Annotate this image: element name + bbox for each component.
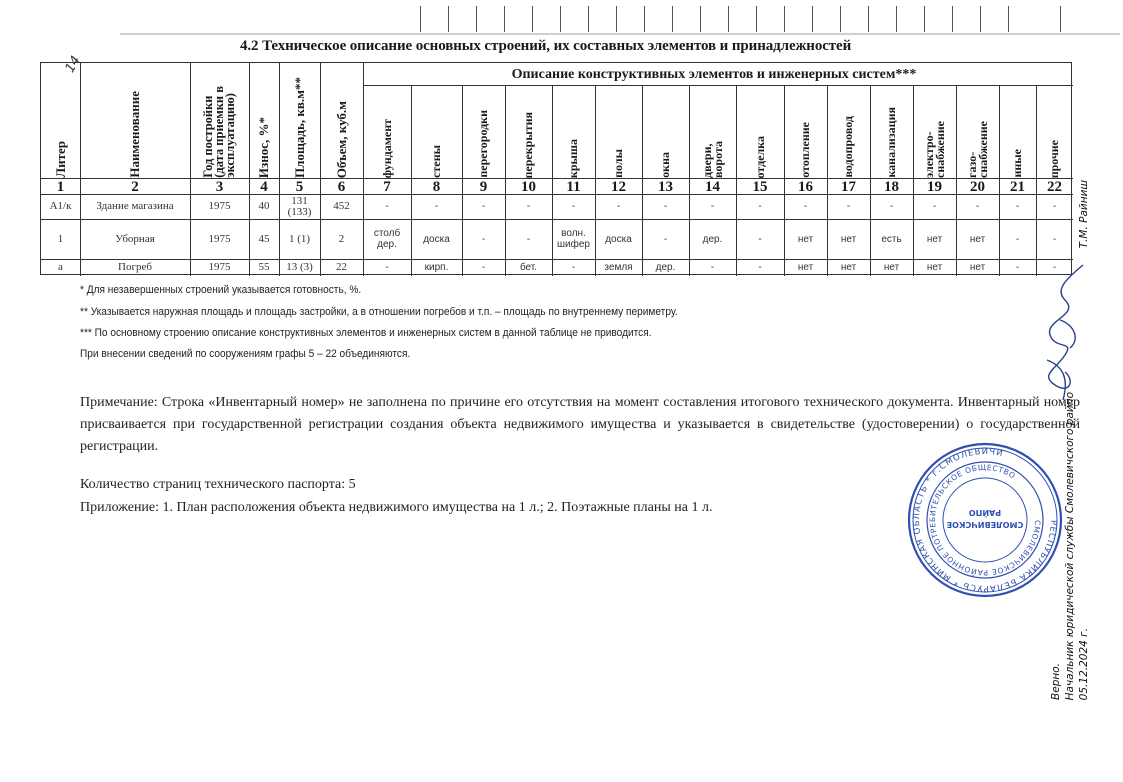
col-number: 1 — [41, 180, 80, 195]
top-rule — [120, 33, 1120, 35]
header-liter: Литер — [41, 63, 80, 178]
svg-text:РАЙПО: РАЙПО — [969, 508, 1001, 519]
stamp-seal-icon: РЕСПУБЛИКА БЕЛАРУСЬ * МИНСКАЯ ОБЛАСТЬ * … — [905, 440, 1065, 600]
svg-text:СМОЛЕВИЧСКОЕ: СМОЛЕВИЧСКОЕ — [947, 520, 1024, 529]
col-number: 11 — [552, 180, 595, 195]
subheader-floors-slabs: перекрытия — [505, 85, 552, 178]
subheader-other: иные — [999, 85, 1036, 178]
col-number: 18 — [870, 180, 913, 195]
subheader-doors: двери, ворота — [689, 85, 736, 178]
subheader-partitions: перегородки — [462, 85, 505, 178]
header-name: Наименование — [80, 63, 190, 178]
appendix: Приложение: 1. План расположения объекта… — [80, 500, 712, 516]
col-number: 6 — [320, 180, 363, 195]
col-number: 8 — [411, 180, 462, 195]
footnote-readiness: * Для незавершенных строений указывается… — [80, 284, 361, 296]
col-number: 20 — [956, 180, 999, 195]
subheader-heating: отопление — [784, 85, 827, 178]
official-stamp: РЕСПУБЛИКА БЕЛАРУСЬ * МИНСКАЯ ОБЛАСТЬ * … — [905, 440, 1065, 600]
col-number: 10 — [505, 180, 552, 195]
col-number: 4 — [249, 180, 279, 195]
col-number: 16 — [784, 180, 827, 195]
footnote-area: ** Указывается наружная площадь и площад… — [80, 306, 678, 318]
header-area: Площадь, кв.м** — [279, 63, 320, 178]
col-number: 5 — [279, 180, 320, 195]
certification-date: 05.12.2024 г. — [1078, 628, 1090, 700]
col-number: 21 — [999, 180, 1036, 195]
certification-position: Начальник юридической службы Смолевичско… — [1064, 392, 1076, 700]
subheader-foundation: фундамент — [363, 85, 411, 178]
col-number: 15 — [736, 180, 784, 195]
svg-text:СМОЛЕВИЧСКОЕ РАЙОННОЕ ПОТРЕБИТ: СМОЛЕВИЧСКОЕ РАЙОННОЕ ПОТРЕБИТЕЛЬСКОЕ ОБ… — [928, 463, 1042, 577]
col-number: 13 — [642, 180, 689, 195]
group-header: Описание конструктивных элементов и инже… — [364, 67, 1064, 83]
certification-signer: Т.М. Райниш — [1078, 180, 1090, 248]
header-volume: Объем, куб.м — [320, 63, 363, 178]
subheader-windows: окна — [642, 85, 689, 178]
footnote-structures: При внесении сведений по сооружениям гра… — [80, 348, 410, 360]
col-number: 2 — [80, 180, 190, 195]
subheader-sewage: канализация — [870, 85, 913, 178]
section-title: 4.2 Техническое описание основных строен… — [240, 38, 851, 55]
registration-ticks — [420, 0, 1120, 36]
col-number: 12 — [595, 180, 642, 195]
col-number: 14 — [689, 180, 736, 195]
header-year: Год постройки (дата приемки в эксплуатац… — [190, 63, 249, 178]
subheader-misc: прочие — [1036, 85, 1073, 178]
page-count: Количество страниц технического паспорта… — [80, 477, 356, 493]
certification-block: Верно. Начальник юридической службы Смол… — [1050, 180, 1100, 700]
certification-verified: Верно. — [1050, 663, 1062, 700]
subheader-walls: стены — [411, 85, 462, 178]
col-number: 17 — [827, 180, 870, 195]
technical-description-table: 14 Литер Наименование Год постройки (дат… — [40, 62, 1072, 275]
col-number: 19 — [913, 180, 956, 195]
col-number: 7 — [363, 180, 411, 195]
subheader-finishing: отделка — [736, 85, 784, 178]
header-wear: Износ, %* — [249, 63, 279, 178]
col-number: 3 — [190, 180, 249, 195]
header-divider — [41, 178, 1073, 179]
subheader-gas: газо- снабжение — [956, 85, 999, 178]
subheader-electricity: электро- снабжение — [913, 85, 956, 178]
subheader-roof: крыша — [552, 85, 595, 178]
footnote-main-building: *** По основному строению описание конст… — [80, 327, 652, 339]
subheader-floors: полы — [595, 85, 642, 178]
col-number: 9 — [462, 180, 505, 195]
subheader-water: водопровод — [827, 85, 870, 178]
